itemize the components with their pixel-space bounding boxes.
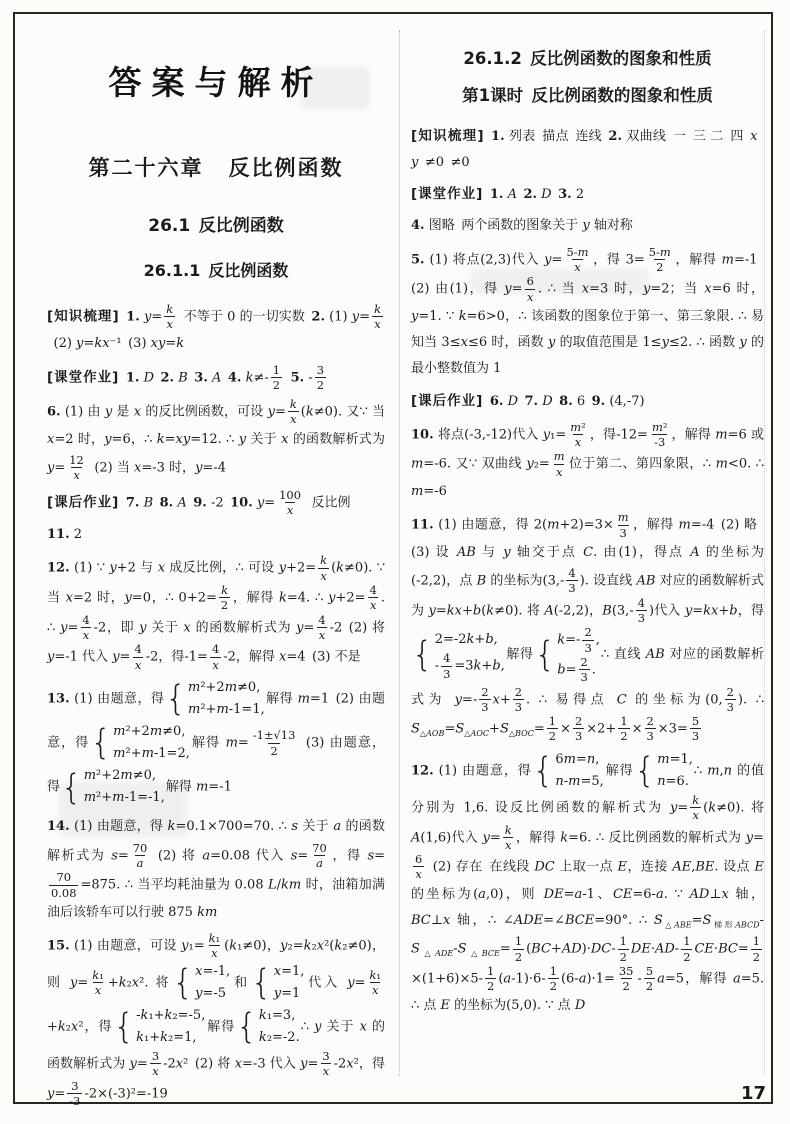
right-column: 26.1.2 反比例函数的图象和性质 第1课时 反比例函数的图象和性质 [知识梳… — [411, 42, 764, 1025]
answer-paragraph: [知识梳理] 1. 列表 描点 连线 2. 双曲线 一 三 二 四 x y ≠0… — [411, 123, 764, 177]
left-answer-blocks: [知识梳理] 1. y=kx 不等于 0 的一切实数 2. (1) y=kx (… — [47, 302, 385, 1109]
column-divider-dotted-line — [399, 30, 400, 1076]
answer-paragraph: 6. (1) 由 y 是 x 的反比例函数，可设 y=kx(k≠0). 又∵ 当… — [47, 397, 385, 482]
answer-paragraph: 12. (1) 由题意，得{6m=n,n-m=5,解得{m=1,n=6.∴ m,… — [411, 749, 764, 1020]
section-label: [课堂作业] — [411, 186, 483, 202]
answer-paragraph: [课堂作业] 1. A 2. D 3. 2 — [411, 181, 764, 208]
answer-paragraph: 5. (1) 将点(2,3)代入 y=5-mx，得 3=5-m2，解得 m=-1… — [411, 245, 764, 383]
answer-paragraph: 4. 图略 两个函数的图象关于 y 轴对称 — [411, 213, 764, 239]
answer-paragraph: [课后作业] 6. D 7. D 8. 6 9. (4,-7) — [411, 388, 764, 415]
answer-paragraph: 12. (1) ∵ y+2 与 x 成反比例，∴ 可设 y+2=kx(k≠0).… — [47, 553, 385, 671]
right-edge-dotted-line — [764, 30, 765, 1076]
section-label: [知识梳理] — [411, 128, 485, 144]
answer-paragraph: [课后作业] 7. B 8. A 9. -2 10. y=100x 反比例 — [47, 488, 385, 518]
answer-paragraph: 14. (1) 由题意，得 k=0.1×700=70. ∴ s 关于 a 的函数… — [47, 814, 385, 926]
section-label: [课后作业] — [47, 494, 119, 510]
section-heading: 26.1 反比例函数 — [47, 209, 385, 243]
scanned-answer-page: 答案与解析 第二十六章 反比例函数 26.1 反比例函数 26.1.1 反比例函… — [0, 0, 790, 1124]
lesson-heading: 第1课时 反比例函数的图象和性质 — [411, 79, 764, 112]
section-label: [课后作业] — [411, 393, 483, 409]
section-label: [知识梳理] — [47, 308, 120, 324]
answer-paragraph: [知识梳理] 1. y=kx 不等于 0 的一切实数 2. (1) y=kx (… — [47, 302, 385, 358]
answer-paragraph: 13. (1) 由题意，得{m²+2m≠0,m²+m-1=1,解得 m=1 (2… — [47, 677, 385, 810]
section-heading: 26.1.2 反比例函数的图象和性质 — [411, 42, 764, 75]
right-answer-blocks: [知识梳理] 1. 列表 描点 连线 2. 双曲线 一 三 二 四 x y ≠0… — [411, 123, 764, 1020]
section-label: [课堂作业] — [47, 369, 119, 385]
answer-paragraph: 11. 2 — [47, 522, 385, 548]
answer-paragraph: 10. 将点(-3,-12)代入 y₁=m²x，得-12=m²-3，解得 m=6… — [411, 420, 764, 505]
chapter-heading: 第二十六章 反比例函数 — [47, 147, 385, 189]
page-title: 答案与解析 — [47, 50, 385, 117]
answer-paragraph: 15. (1) 由题意，可设 y₁=k₁x(k₁≠0)，y₂=k₂x²(k₂≠0… — [47, 931, 385, 1108]
answer-paragraph: [课堂作业] 1. D 2. B 3. A 4. k≠-12 5. -32 — [47, 363, 385, 393]
answer-paragraph: 11. (1) 由题意，得 2(m+2)=3×m3，解得 m=-4 (2) 略 … — [411, 510, 764, 743]
page-number: 17 — [741, 1083, 766, 1104]
subsection-heading: 26.1.1 反比例函数 — [47, 255, 385, 287]
left-column: 答案与解析 第二十六章 反比例函数 26.1 反比例函数 26.1.1 反比例函… — [47, 36, 385, 1113]
